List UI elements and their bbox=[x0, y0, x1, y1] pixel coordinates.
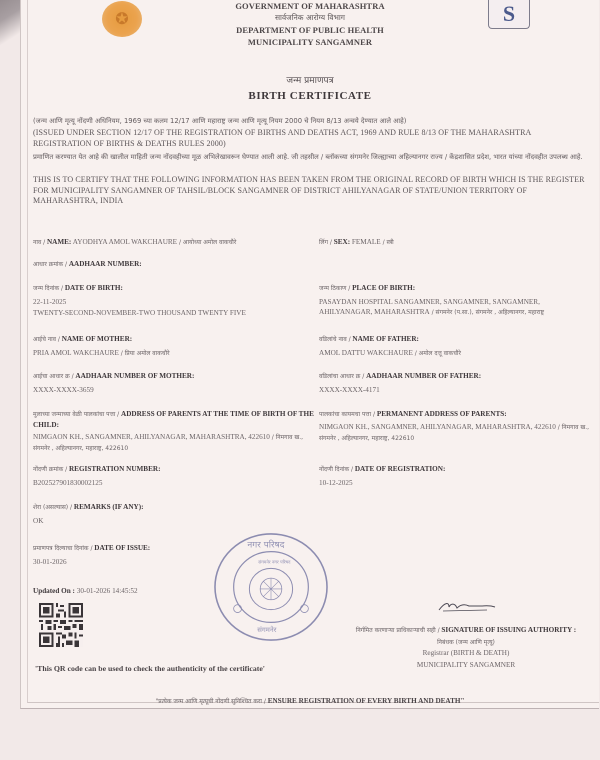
mother-aadhaar: XXXX-XXXX-3659 bbox=[33, 385, 318, 395]
signature-block: निर्गमित करणाऱ्या प्राधिकाऱ्याची सही / S… bbox=[331, 625, 600, 671]
field-registration-number: नोंदणी क्रमांक / REGISTRATION NUMBER: B2… bbox=[33, 464, 318, 488]
birth-certificate: ✪ S GOVERNMENT OF MAHARASHTRA सार्वजनिक … bbox=[20, 0, 599, 709]
qr-code-icon bbox=[39, 603, 83, 647]
svg-text:संगमनेर नगर परिषद: संगमनेर नगर परिषद bbox=[258, 559, 291, 565]
registration-date: 10-12-2025 bbox=[319, 478, 594, 488]
registration-number: B20252790183000​2125 bbox=[33, 478, 318, 488]
registrar-municipality: MUNICIPALITY SANGAMNER bbox=[331, 660, 600, 672]
field-father-aadhaar: वडिलांचा आधार क्र / AADHAAR NUMBER OF FA… bbox=[319, 371, 594, 395]
department-marathi: सार्वजनिक आरोग्य विभाग bbox=[21, 12, 599, 24]
field-registration-date: नोंदणी दिनांक / DATE OF REGISTRATION: 10… bbox=[319, 464, 594, 488]
field-aadhaar: आधार क्रमांक / AADHAAR NUMBER: bbox=[33, 259, 318, 270]
permanent-address: NIMGAON KH., SANGAMNER, AHILYANAGAR, MAH… bbox=[319, 423, 556, 431]
registrar-title: Registrar (BIRTH & DEATH) bbox=[331, 648, 600, 660]
signature-label: SIGNATURE OF ISSUING AUTHORITY : bbox=[441, 626, 576, 634]
certificate-header: GOVERNMENT OF MAHARASHTRA सार्वजनिक आरोग… bbox=[21, 0, 599, 48]
sex-value: FEMALE bbox=[352, 238, 381, 246]
date-of-birth-words: TWENTY-SECOND-NOVEMBER-TWO THOUSAND TWEN… bbox=[33, 308, 318, 318]
field-remarks: शेरा (असल्यास) / REMARKS (IF ANY): OK bbox=[33, 502, 318, 526]
footer-slogan: "प्रत्येक जन्म आणि मृत्यूची नोंदणी सुनिश… bbox=[21, 697, 599, 705]
field-address-at-birth: मुलाच्या जन्माच्या वेळी पालकांचा पत्ता /… bbox=[33, 409, 318, 454]
certify-english: THIS IS TO CERTIFY THAT THE FOLLOWING IN… bbox=[33, 175, 591, 207]
field-sex: लिंग / SEX: FEMALE / स्त्री bbox=[319, 237, 594, 248]
father-aadhaar: XXXX-XXXX-4171 bbox=[319, 385, 594, 395]
municipality-name: MUNICIPALITY SANGAMNER bbox=[21, 36, 599, 48]
qr-authenticity-note: 'This QR code can be used to check the a… bbox=[35, 663, 315, 674]
updated-on-value: 30-01-2026 14:45:52 bbox=[77, 587, 138, 595]
issued-under-english: (ISSUED UNDER SECTION 12/17 OF THE REGIS… bbox=[33, 128, 591, 149]
official-seal-icon: नगर परिषद संगमनेर संगमनेर नगर परिषद bbox=[212, 530, 330, 644]
date-of-birth: 22-11-2025 bbox=[33, 297, 318, 307]
certify-marathi: प्रमाणित करण्यात येत आहे की खालील माहिती… bbox=[33, 152, 591, 163]
field-permanent-address: पालकांचा कायमचा पत्ता / PERMANENT ADDRES… bbox=[319, 409, 594, 444]
svg-text:संगमनेर: संगमनेर bbox=[257, 625, 276, 634]
field-mother-name: आईचे नाव / NAME OF MOTHER: PRIA AMOL WAK… bbox=[33, 334, 318, 359]
field-mother-aadhaar: आईचा आधार क्र / AADHAAR NUMBER OF MOTHER… bbox=[33, 371, 318, 395]
signature-icon bbox=[437, 598, 497, 614]
mother-name: PRIA AMOL WAKCHAURE bbox=[33, 349, 119, 357]
field-date-of-birth: जन्म दिनांक / DATE OF BIRTH: 22-11-2025 … bbox=[33, 283, 318, 318]
field-name: नाव / NAME: AYODHYA AMOL WAKCHAURE / आयो… bbox=[33, 237, 318, 248]
field-place-of-birth: जन्म ठिकाण / PLACE OF BIRTH: PASAYDAN HO… bbox=[319, 283, 594, 318]
remarks-value: OK bbox=[33, 516, 318, 526]
government-name: GOVERNMENT OF MAHARASHTRA bbox=[21, 0, 599, 12]
registrar-marathi: निबंधक (जन्म आणि मृत्यू) bbox=[331, 637, 600, 649]
issued-under-marathi: (जन्म आणि मृत्यू नोंदणी अधिनियम, 1969 च्… bbox=[33, 116, 591, 127]
address-at-birth: NIMGAON KH., SANGAMNER, AHILYANAGAR, MAH… bbox=[33, 433, 270, 441]
department-name: DEPARTMENT OF PUBLIC HEALTH bbox=[21, 24, 599, 36]
field-father-name: वडिलांचे नाव / NAME OF FATHER: AMOL DATT… bbox=[319, 334, 594, 359]
title-marathi: जन्म प्रमाणपत्र bbox=[21, 73, 599, 86]
father-name: AMOL DATTU WAKCHAURE bbox=[319, 349, 413, 357]
document-title: BIRTH CERTIFICATE bbox=[21, 90, 599, 102]
child-name: AYODHYA AMOL WAKCHAURE bbox=[73, 238, 177, 246]
svg-text:नगर परिषद: नगर परिषद bbox=[247, 540, 284, 551]
